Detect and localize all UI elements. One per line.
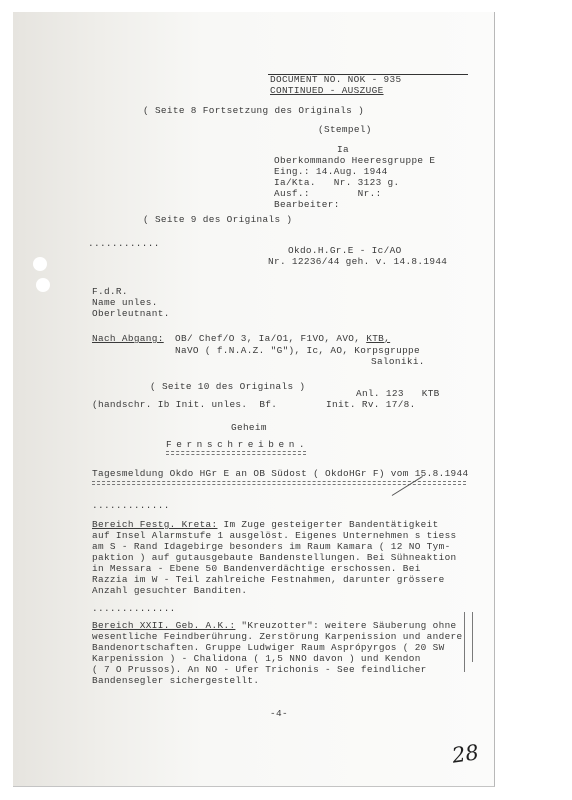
section-text: "Kreuzotter": weitere Säuberung ohne [235, 620, 456, 631]
stamp-line: Ia [337, 144, 349, 155]
punch-hole [36, 278, 50, 292]
stamp-line: Oberkommando Heeresgruppe E [274, 155, 435, 166]
section-text: Karpenission ) - Chalidona ( 1,5 NNO dav… [92, 653, 421, 664]
page-number: -4- [270, 708, 288, 719]
signature-line: Oberleutnant. [92, 308, 170, 319]
stamp-line: Ausf.: Nr.: [274, 188, 382, 199]
document-type: Fernschreiben. [166, 439, 309, 450]
section-text: Bandensegler sichergestellt. [92, 675, 259, 686]
punch-hole [33, 257, 47, 271]
classification: Geheim [231, 422, 267, 433]
margin-mark [464, 612, 465, 672]
double-rule [166, 451, 306, 455]
annex-line: Init. Rv. 17/8. [326, 399, 416, 410]
page8-note: ( Seite 8 Fortsetzung des Originals ) [143, 105, 364, 116]
section-text: Razzia im W - Teil zahlreiche Festnahmen… [92, 574, 445, 585]
section-xxii-line: Bereich XXII. Geb. A.K.: "Kreuzotter": w… [92, 620, 457, 631]
reference-line: Nr. 12236/44 geh. v. 14.8.1944 [268, 256, 447, 267]
section-kreta-line: Bereich Festg. Kreta: Im Zuge gesteigert… [92, 519, 439, 530]
section-text: in Messara - Ebene 50 Bandenverdächtige … [92, 563, 421, 574]
handwritten-folio: 28 [450, 740, 480, 767]
stamp-line: Bearbeiter: [274, 199, 340, 210]
signature-line: F.d.R. [92, 286, 128, 297]
section-text: wesentliche Feindberührung. Zerstörung K… [92, 631, 463, 642]
ellipsis: ............ [88, 238, 160, 249]
distribution-line: OB/ Chef/O 3, Ia/O1, F1VO, AVO, KTB, [175, 333, 390, 344]
stamp-line: Eing.: 14.Aug. 1944 [274, 166, 388, 177]
document-number: DOCUMENT NO. NOK - 935 [270, 74, 401, 85]
section-text: Bandenortschaften. Gruppe Ludwiger Raum … [92, 642, 445, 653]
handwritten-note: (handschr. Ib Init. unles. Bf. [92, 399, 277, 410]
report-title: Tagesmeldung Okdo HGr E an OB Südost ( O… [92, 468, 468, 479]
section-text: am S - Rand Idagebirge besonders im Raum… [92, 541, 451, 552]
signature-line: Name unles. [92, 297, 158, 308]
section-xxii-heading: Bereich XXII. Geb. A.K.: [92, 620, 235, 631]
ellipsis: .............. [92, 603, 176, 614]
distribution-line: NaVO ( f.N.A.Z. "G"), Ic, AO, Korpsgrupp… [175, 345, 420, 356]
section-text: Im Zuge gesteigerter Bandentätigkeit [218, 519, 439, 530]
distribution-label: Nach Abgang: [92, 333, 164, 344]
reference-line: Okdo.H.Gr.E - Ic/AO [288, 245, 402, 256]
stamp-line: Ia/Kta. Nr. 3123 g. [274, 177, 400, 188]
section-kreta-heading: Bereich Festg. Kreta: [92, 519, 218, 530]
section-text: Anzahl gesuchter Banditen. [92, 585, 247, 596]
page9-note: ( Seite 9 des Originals ) [143, 214, 292, 225]
page10-note: ( Seite 10 des Originals ) [150, 381, 305, 392]
ellipsis: ............. [92, 500, 170, 511]
distribution-line: Saloniki. [371, 356, 425, 367]
annex-line: Anl. 123 KTB [356, 388, 440, 399]
stamp-label: (Stempel) [318, 124, 372, 135]
distribution-recipients: OB/ Chef/O 3, Ia/O1, F1VO, AVO, [175, 333, 366, 344]
distribution-ktb: KTB, [366, 333, 390, 344]
section-text: ( 7 O Prussos). An NO - Ufer Trichonis -… [92, 664, 427, 675]
section-text: paktion ) auf gutausgebaute Bandenstellu… [92, 552, 457, 563]
document-subtitle: CONTINUED - AUSZUGE [270, 85, 384, 96]
margin-mark [472, 612, 473, 662]
section-text: auf Insel Alarmstufe 1 ausgelöst. Eigene… [92, 530, 457, 541]
